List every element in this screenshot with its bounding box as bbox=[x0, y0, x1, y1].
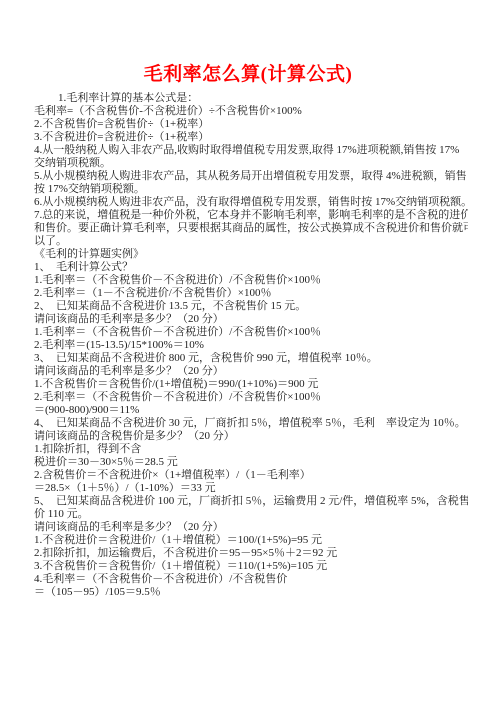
doc-line: 按 17%交纳销项税额。 bbox=[34, 183, 468, 196]
doc-line: 7.总的来说，增值税是一种价外税，它本身并不影响毛利率，影响毛利率的是不含税的进… bbox=[34, 209, 468, 222]
doc-line: 请问该商品的含税售价是多少？（20 分） bbox=[34, 430, 468, 443]
doc-line: 6.从小规模纳税人购进非农产品，没有取得增值税专用发票，销售时按 17%交纳销项… bbox=[34, 196, 468, 209]
doc-line: ＝（105－95）/105＝9.5％ bbox=[34, 586, 468, 599]
doc-line: 2.含税售价＝不含税进价×（1+增值税率）/（1－毛利率） bbox=[34, 469, 468, 482]
document-body: 1.毛利率计算的基本公式是： 毛利率=（不含税售价-不含税进价）÷不含税售价×1… bbox=[0, 88, 496, 599]
doc-line: 毛利率=（不含税售价-不含税进价）÷不含税售价×100% bbox=[34, 105, 468, 118]
document-page: 毛利率怎么算(计算公式) 1.毛利率计算的基本公式是： 毛利率=（不含税售价-不… bbox=[0, 0, 496, 702]
doc-line: 请问该商品的毛利率是多少？（20 分） bbox=[34, 521, 468, 534]
doc-line: 1.扣除折扣，得到不含 bbox=[34, 443, 468, 456]
doc-line: 2.扣除折扣，加运输费后，不含税进价＝95－95×5％＋2＝92 元 bbox=[34, 547, 468, 560]
doc-line: 请问该商品的毛利率是多少？（20 分） bbox=[34, 313, 468, 326]
doc-line: 3、 已知某商品不含税进价 800 元，含税售价 990 元，增值税率 10％。 bbox=[34, 352, 468, 365]
doc-line: 请问该商品的毛利率是多少？（20 分） bbox=[34, 365, 468, 378]
doc-line: 1.毛利率＝（不含税售价－不含税进价）/不含税售价×100％ bbox=[34, 326, 468, 339]
doc-line: 2.毛利率＝(15-13.5)/15*100%＝10% bbox=[34, 339, 468, 352]
doc-line: 3.不含税售价＝含税售价/（1＋增值税）＝110/(1+5%)=105 元 bbox=[34, 560, 468, 573]
doc-line: 2、 已知某商品不含税进价 13.5 元，不含税售价 15 元。 bbox=[34, 300, 468, 313]
doc-line: 以了。 bbox=[34, 235, 468, 248]
doc-line: 1.不含税售价＝含税售价/(1+增值税)＝990/(1+10%)＝900 元 bbox=[34, 378, 468, 391]
doc-line: 4.从一般纳税人购入非农产品,收购时取得增值税专用发票,取得 17%进项税额,销… bbox=[34, 144, 468, 157]
doc-line: 1.毛利率＝（不含税售价－不含税进价）/不含税售价×100％ bbox=[34, 274, 468, 287]
doc-line: ＝28.5×（1＋5％）/（1-10%）＝33 元 bbox=[34, 482, 468, 495]
doc-line: 价 110 元。 bbox=[34, 508, 468, 521]
doc-line: 交纳销项税额。 bbox=[34, 157, 468, 170]
doc-line: 1、 毛利计算公式？ bbox=[34, 261, 468, 274]
doc-line: 3.不含税进价=含税进价÷（1+税率） bbox=[34, 131, 468, 144]
doc-line: 2.毛利率＝（不含税售价－不含税进价）/不含税售价×100％ bbox=[34, 391, 468, 404]
doc-line: 5.从小规模纳税人购进非农产品，其从税务局开出增值税专用发票，取得 4%进税额，… bbox=[34, 170, 468, 183]
doc-line: ＝(900-800)/900＝11% bbox=[34, 404, 468, 417]
doc-line: 和售价。要正确计算毛利率，只要根据其商品的属性，按公式换算成不含税进价和售价就可 bbox=[34, 222, 468, 235]
doc-line: 1.毛利率计算的基本公式是： bbox=[34, 92, 468, 105]
doc-line: 4.毛利率＝（不含税售价－不含税进价）/不含税售价 bbox=[34, 573, 468, 586]
doc-line: 税进价＝30－30×5％＝28.5 元 bbox=[34, 456, 468, 469]
doc-line: 2.毛利率＝（1－不含税进价/不含税售价）×100％ bbox=[34, 287, 468, 300]
doc-line: 1.不含税进价＝含税进价/（1＋增值税）＝100/(1+5%)=95 元 bbox=[34, 534, 468, 547]
page-title: 毛利率怎么算(计算公式) bbox=[0, 0, 496, 88]
doc-line: 2.不含税售价=含税售价÷（1+税率） bbox=[34, 118, 468, 131]
doc-line: 《毛利的计算题实例》 bbox=[34, 248, 468, 261]
doc-line: 4、 已知某商品不含税进价 30 元，厂商折扣 5％，增值税率 5％，毛利 率设… bbox=[34, 417, 468, 430]
doc-line: 5、 已知某商品含税进价 100 元，厂商折扣 5％，运输费用 2 元/件，增值… bbox=[34, 495, 468, 508]
